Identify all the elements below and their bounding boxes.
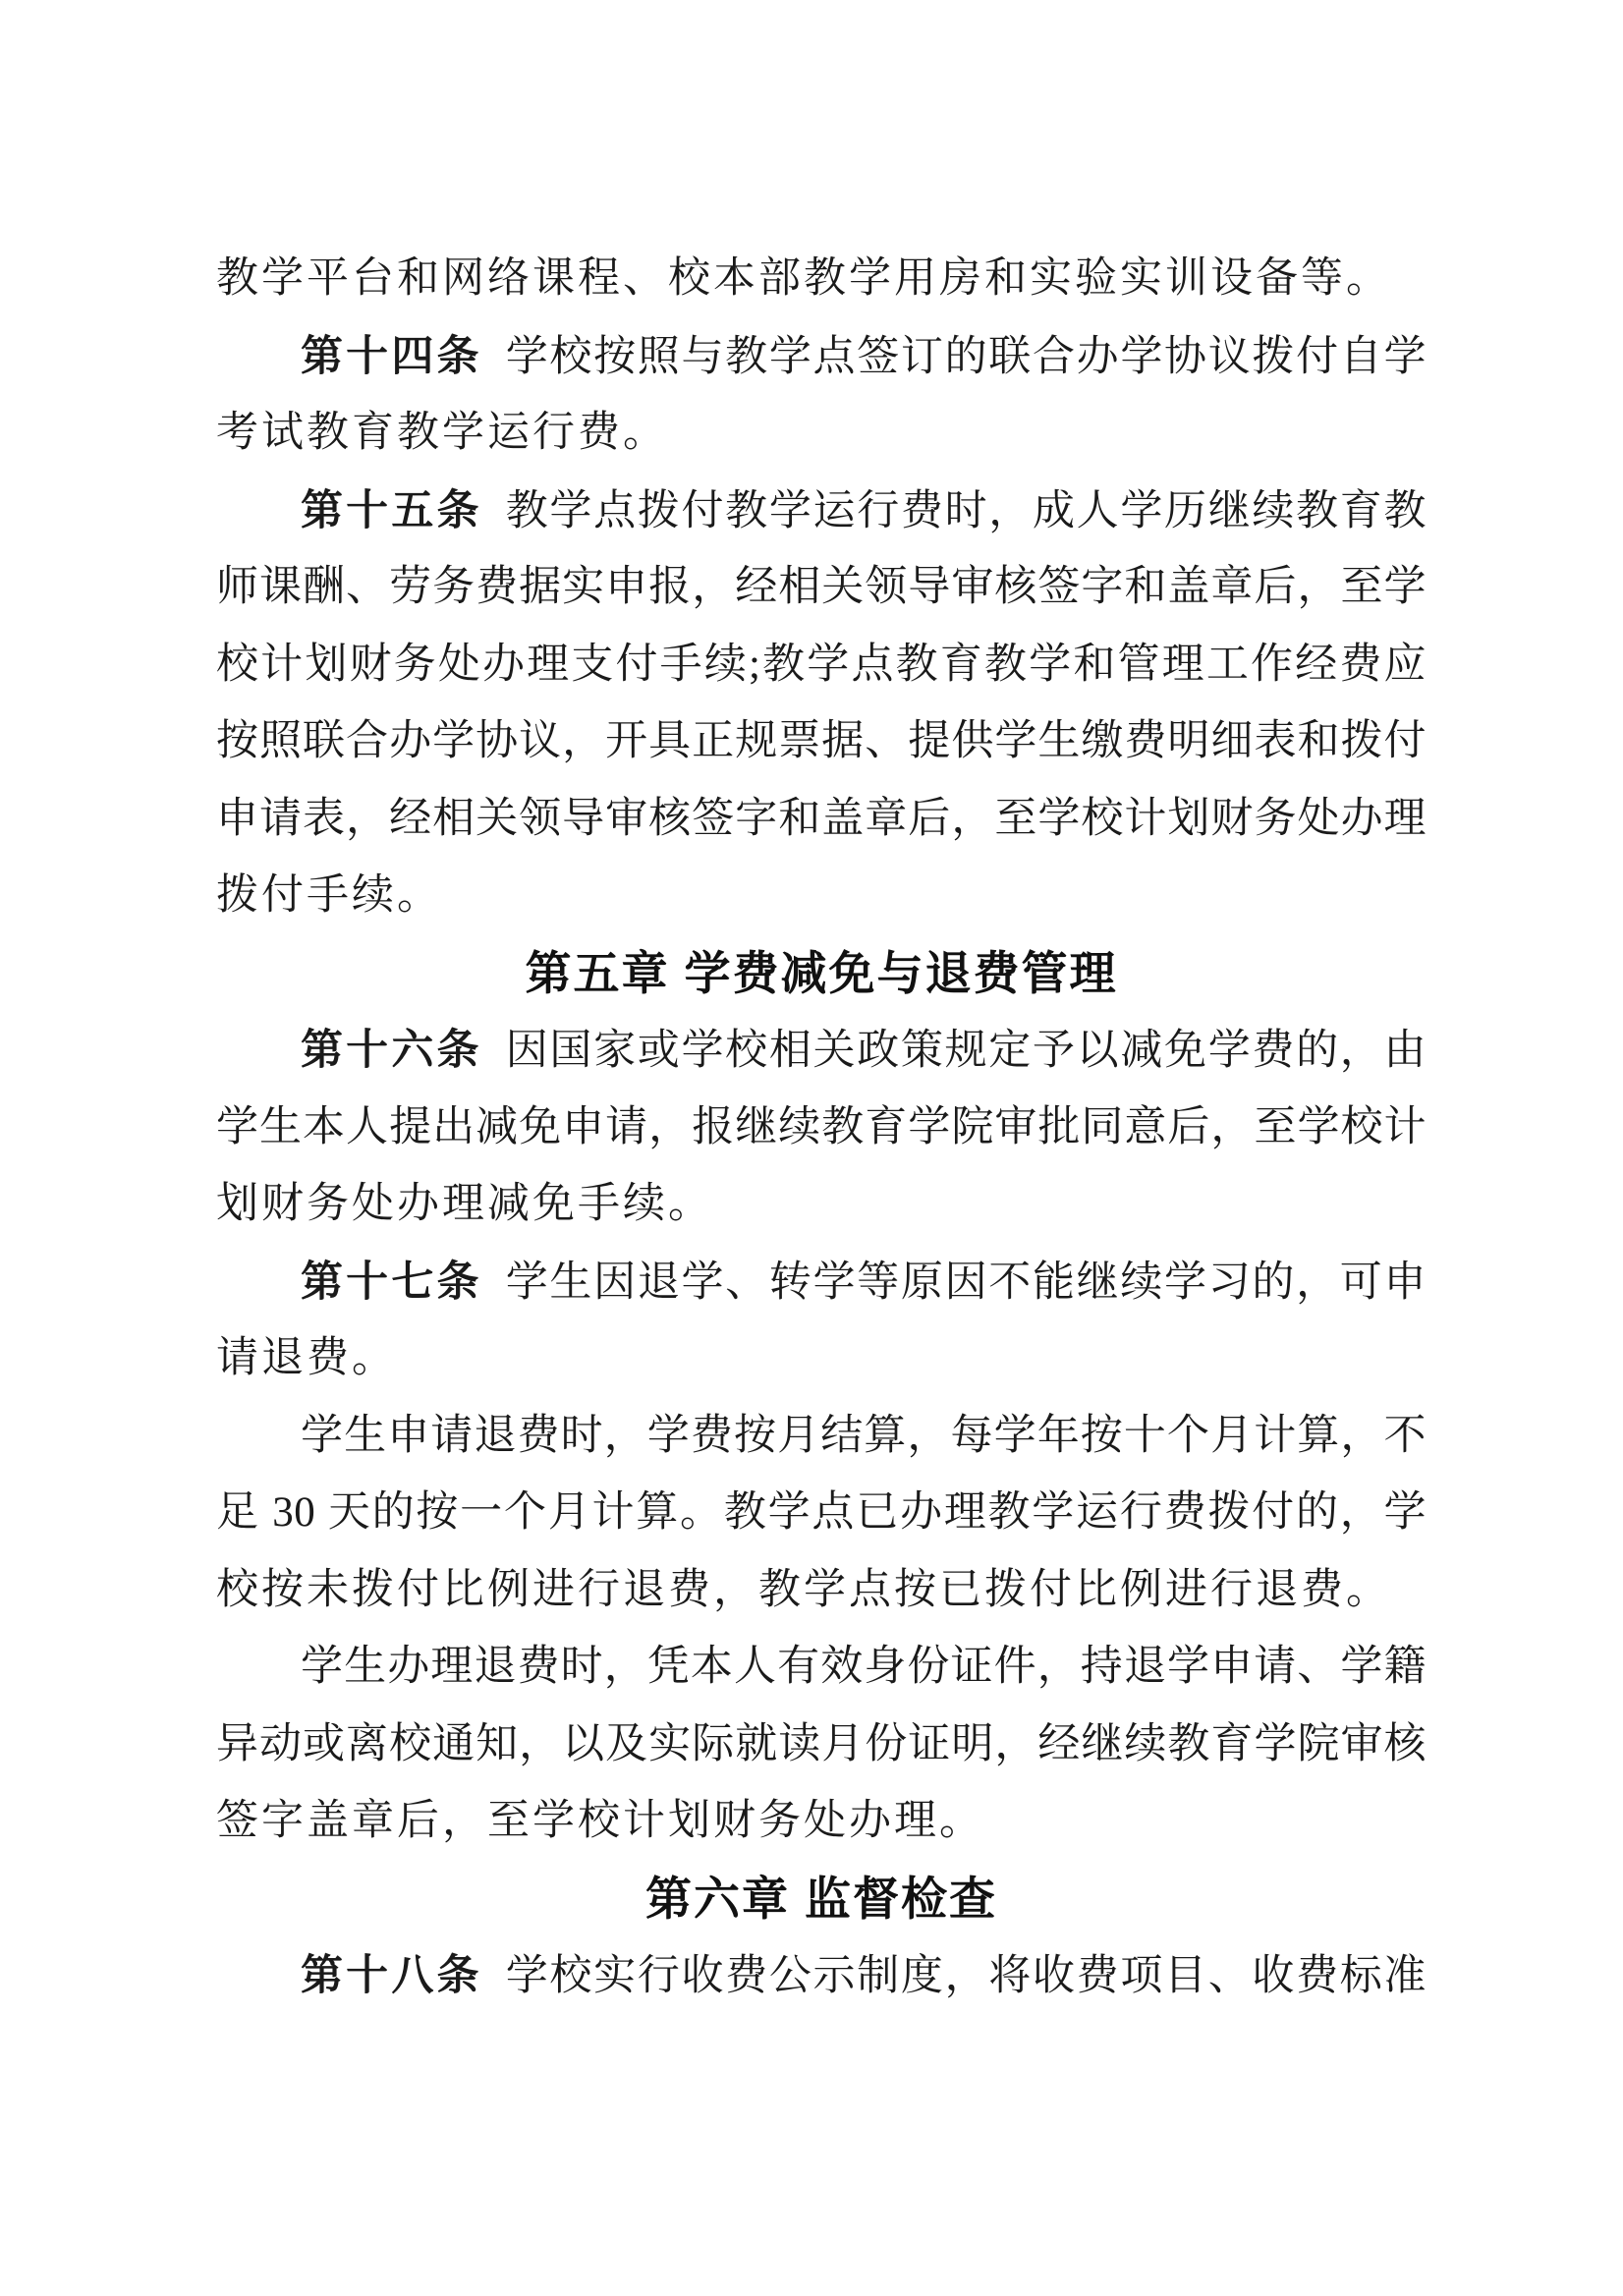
text-line: 签字盖章后，至学校计划财务处办理。 [216,1783,1427,1861]
text-line: 学生本人提出减免申请，报继续教育学院审批同意后，至学校计 [216,1090,1427,1167]
article-number: 第十七条 [301,1259,482,1306]
document-body: 教学平台和网络课程、校本部教学用房和实验实训设备等。第十四条学校按照与教学点签订… [216,241,1427,2015]
text-line: 师课酬、劳务费据实申报，经相关领导审核签字和盖章后，至学 [216,549,1427,627]
text-line: 校计划财务处办理支付手续;教学点教育教学和管理工作经费应 [216,627,1427,704]
text-line: 学生申请退费时，学费按月结算，每学年按十个月计算，不 [216,1398,1427,1476]
text-line: 异动或离校通知，以及实际就读月份证明，经继续教育学院审核 [216,1707,1427,1784]
line-text: 因国家或学校相关政策规定予以减免学费的，由 [506,1028,1427,1074]
line-text: 学校实行收费公示制度，将收费项目、收费标准 [506,1953,1427,1999]
chapter-heading: 第六章 监督检查 [216,1861,1427,1938]
article-line: 第十四条学校按照与教学点签订的联合办学协议拨付自学 [216,318,1427,396]
text-line: 教学平台和网络课程、校本部教学用房和实验实训设备等。 [216,241,1427,318]
article-line: 第十七条学生因退学、转学等原因不能继续学习的，可申 [216,1244,1427,1321]
article-line: 第十五条教学点拨付教学运行费时，成人学历继续教育教 [216,473,1427,550]
article-number: 第十四条 [301,333,482,380]
line-text: 学生因退学、转学等原因不能继续学习的，可申 [506,1260,1427,1306]
line-text: 教学点拨付教学运行费时，成人学历继续教育教 [506,488,1427,534]
text-line: 足 30 天的按一个月计算。教学点已办理教学运行费拨付的，学 [216,1475,1427,1552]
chapter-heading: 第五章 学费减免与退费管理 [216,935,1427,1013]
text-line: 考试教育教学运行费。 [216,395,1427,473]
article-line: 第十八条学校实行收费公示制度，将收费项目、收费标准 [216,1937,1427,2015]
text-line: 学生办理退费时，凭本人有效身份证件，持退学申请、学籍 [216,1629,1427,1707]
text-line: 校按未拨付比例进行退费，教学点按已拨付比例进行退费。 [216,1552,1427,1630]
text-line: 划财务处办理减免手续。 [216,1166,1427,1244]
article-number: 第十六条 [301,1027,482,1074]
text-line: 按照联合办学协议，开具正规票据、提供学生缴费明细表和拨付 [216,703,1427,781]
text-line: 申请表，经相关领导审核签字和盖章后，至学校计划财务处办理 [216,781,1427,859]
document-page: 教学平台和网络课程、校本部教学用房和实验实训设备等。第十四条学校按照与教学点签订… [0,0,1623,2296]
article-number: 第十八条 [301,1952,482,1999]
article-number: 第十五条 [301,487,482,534]
article-line: 第十六条因国家或学校相关政策规定予以减免学费的，由 [216,1012,1427,1090]
text-line: 请退费。 [216,1320,1427,1398]
line-text: 学校按照与教学点签订的联合办学协议拨付自学 [506,334,1427,380]
text-line: 拨付手续。 [216,858,1427,935]
